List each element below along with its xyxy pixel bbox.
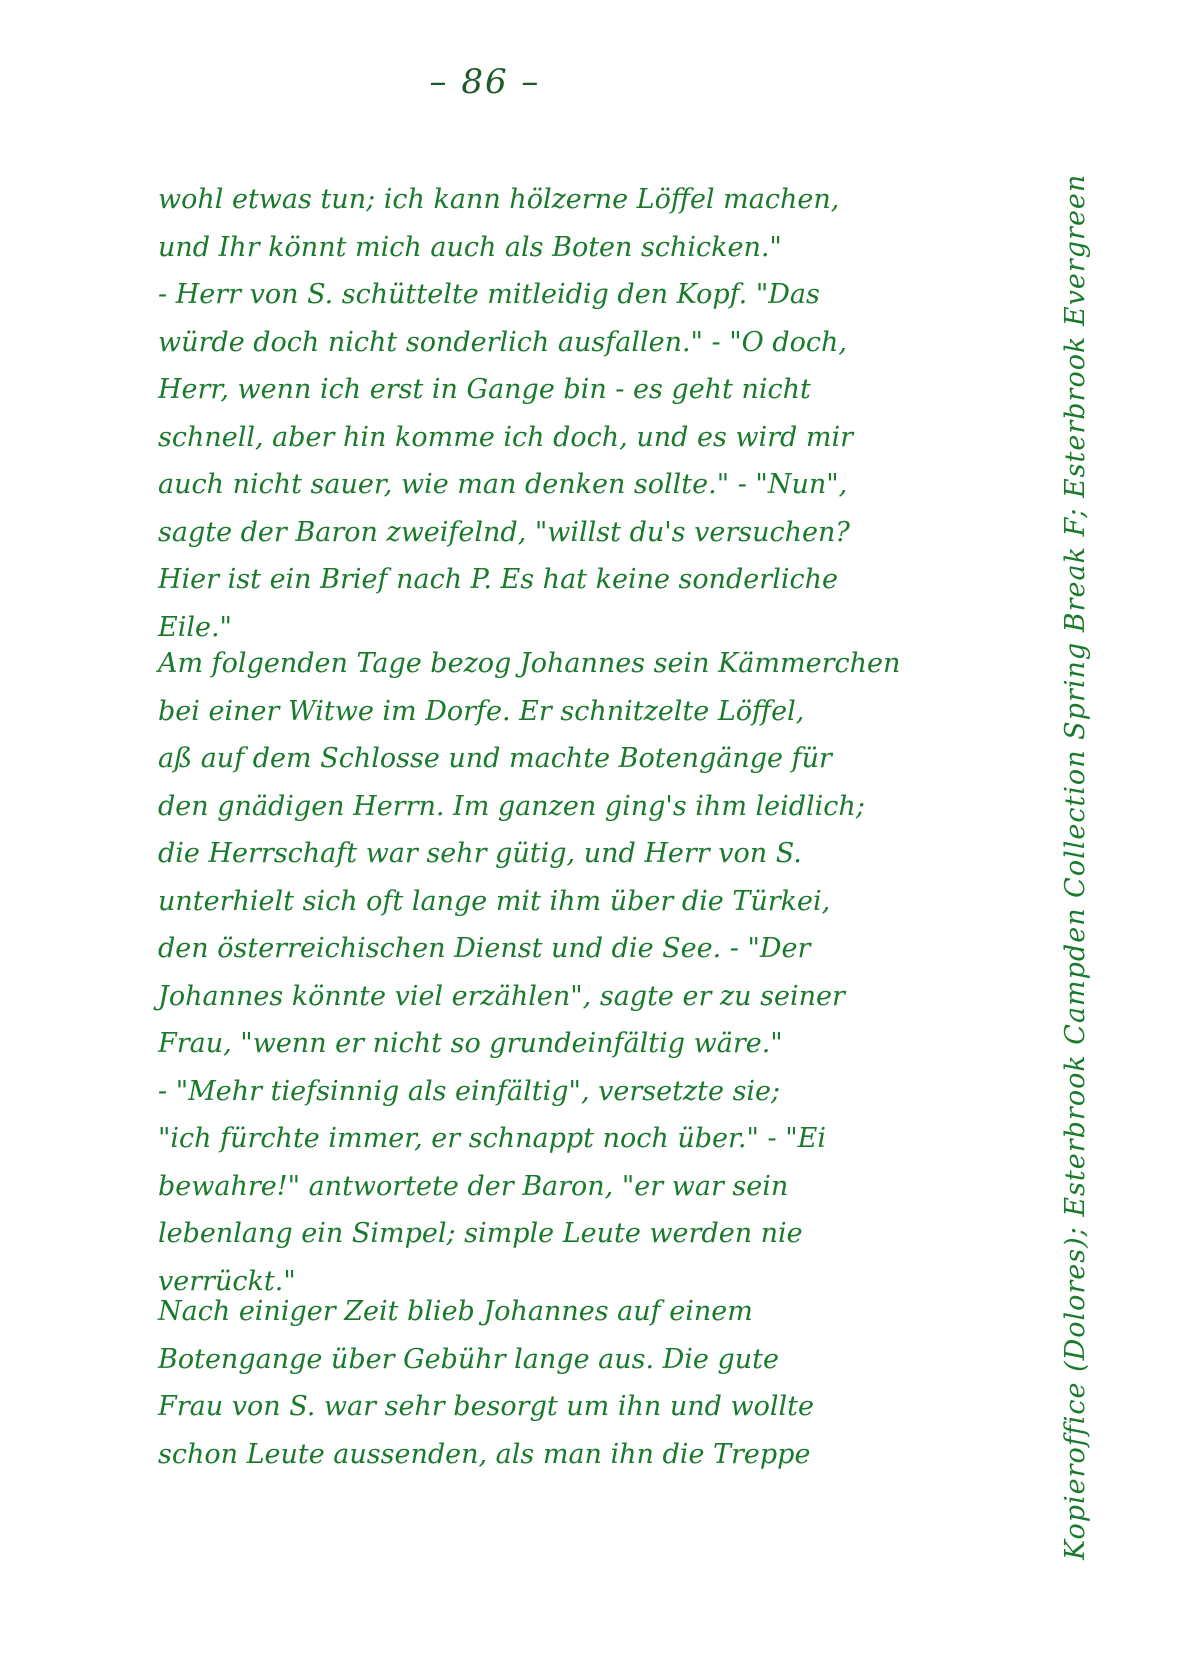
text-line: die Herrschaft war sehr gütig, und Herr … (158, 830, 978, 878)
text-line: Hier ist ein Brief nach P. Es hat keine … (158, 556, 978, 604)
text-line: Herr, wenn ich erst in Gange bin - es ge… (158, 366, 978, 414)
paragraph-1: wohl etwas tun; ich kann hölzerne Löffel… (158, 176, 978, 651)
text-line: Frau, "wenn er nicht so grundeinfältig w… (158, 1020, 978, 1068)
text-line: - Herr von S. schüttelte mitleidig den K… (158, 271, 978, 319)
paragraph-3: Nach einiger Zeit blieb Johannes auf ein… (158, 1288, 978, 1478)
text-line: bei einer Witwe im Dorfe. Er schnitzelte… (158, 688, 978, 736)
text-line: wohl etwas tun; ich kann hölzerne Löffel… (158, 176, 978, 224)
text-line: schon Leute aussenden, als man ihn die T… (158, 1431, 978, 1479)
paragraph-2: Am folgenden Tage bezog Johannes sein Kä… (158, 640, 978, 1305)
text-line: "ich fürchte immer, er schnappt noch übe… (158, 1115, 978, 1163)
text-line: Am folgenden Tage bezog Johannes sein Kä… (158, 640, 978, 688)
text-line: Nach einiger Zeit blieb Johannes auf ein… (158, 1288, 978, 1336)
text-line: - "Mehr tiefsinnig als einfältig", verse… (158, 1068, 978, 1116)
text-line: bewahre!" antwortete der Baron, "er war … (158, 1163, 978, 1211)
text-line: aß auf dem Schlosse und machte Botengäng… (158, 735, 978, 783)
manuscript-page: – 86 – wohl etwas tun; ich kann hölzerne… (0, 0, 1122, 1660)
text-line: den österreichischen Dienst und die See.… (158, 925, 978, 973)
text-line: auch nicht sauer, wie man denken sollte.… (158, 461, 978, 509)
text-line: den gnädigen Herrn. Im ganzen ging's ihm… (158, 783, 978, 831)
text-line: Frau von S. war sehr besorgt um ihn und … (158, 1383, 978, 1431)
text-line: Johannes könnte viel erzählen", sagte er… (158, 973, 978, 1021)
text-line: lebenlang ein Simpel; simple Leute werde… (158, 1210, 978, 1258)
text-line: und Ihr könnt mich auch als Boten schick… (158, 224, 978, 272)
page-edge (1122, 0, 1188, 1660)
text-line: Botengange über Gebühr lange aus. Die gu… (158, 1336, 978, 1384)
page-number: – 86 – (420, 62, 550, 102)
text-line: würde doch nicht sonderlich ausfallen." … (158, 319, 978, 367)
margin-note-vertical: Kopieroffice (Dolores); Esterbrook Campd… (1060, 100, 1091, 1560)
text-line: unterhielt sich oft lange mit ihm über d… (158, 878, 978, 926)
text-line: sagte der Baron zweifelnd, "willst du's … (158, 509, 978, 557)
text-line: schnell, aber hin komme ich doch, und es… (158, 414, 978, 462)
